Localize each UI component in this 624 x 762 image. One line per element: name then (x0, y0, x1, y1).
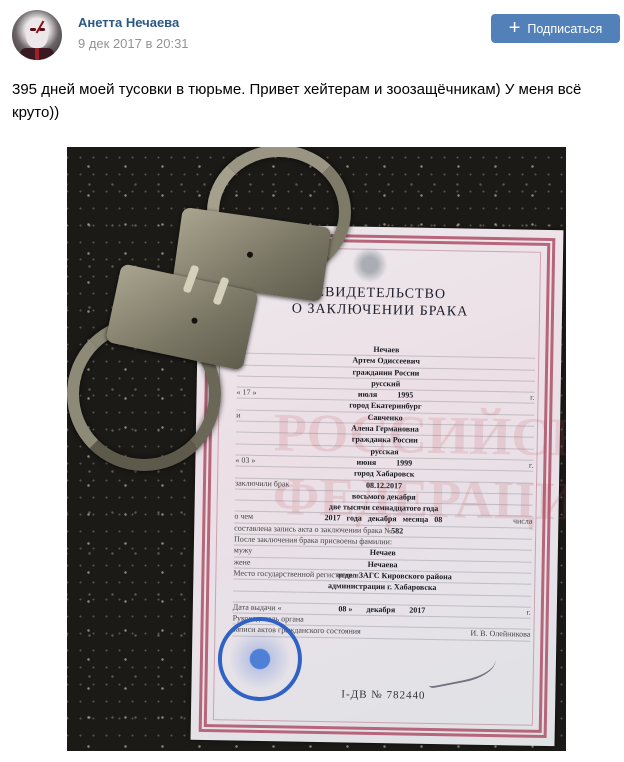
certificate-row-label: Дата выдачи « (233, 602, 282, 612)
post-text: 395 дней моей тусовки в тюрьме. Привет х… (12, 78, 612, 124)
certificate-row-label: « 03 » (235, 455, 255, 464)
certificate-row-label: « 17 » (237, 388, 257, 397)
certificate-row-value: июля 1995 (358, 390, 413, 400)
certificate-row-value: две тысячи семнадцатого года (329, 502, 438, 513)
certificate-row-value: город Екатеринбург (349, 401, 421, 411)
certificate-fields: НечаевАртем Одиссеевичгражданин Россииру… (232, 343, 535, 642)
certificate-row-label: Место государственной регистрации (233, 568, 359, 579)
certificate-row-suffix: г. (526, 607, 531, 616)
certificate-row-value: гражданка России (352, 435, 418, 445)
certificate-row-value: июня 1999 (356, 458, 412, 468)
certificate-row-value: 08 » декабря 2017 (338, 604, 425, 615)
certificate-row-value: Нечаев (370, 548, 396, 557)
certificate-row-value: Савченко (368, 413, 403, 423)
certificate-row-label: составлена запись акта о заключении брак… (234, 523, 392, 535)
post-photo[interactable]: РОССИЙСКАЯ ФЕДЕРАЦИЯ СВИДЕТЕЛЬСТВО О ЗАК… (67, 147, 566, 751)
plus-icon: + (509, 18, 521, 38)
certificate-row-suffix: И. В. Олейникова (470, 629, 530, 639)
subscribe-button[interactable]: + Подписаться (491, 14, 620, 43)
certificate-row-value: Артем Одиссеевич (352, 356, 420, 366)
keyhole-icon (247, 251, 254, 258)
coat-of-arms-icon (352, 247, 389, 284)
certificate-row-label: и (236, 410, 240, 419)
avatar-tie (35, 48, 39, 60)
certificate-row-value: восьмого декабря (352, 491, 416, 501)
certificate-row-value: русский (371, 379, 400, 389)
certificate-row-label: мужу (234, 546, 253, 555)
certificate-serial: I-ДВ № 782440 (341, 688, 425, 701)
subscribe-button-label: Подписаться (527, 22, 602, 36)
certificate-row-value: администрации г. Хабаровска (328, 581, 437, 592)
certificate-row-value: 08.12.2017 (366, 480, 402, 490)
certificate-row-value: город Хабаровск (354, 469, 414, 479)
certificate-row-label: После заключения брака присвоены фамилии… (234, 535, 392, 547)
certificate-row-value: Алена Германовна (351, 424, 419, 434)
certificate-row-label: заключили брак (235, 478, 290, 488)
author-name-link[interactable]: Анетта Нечаева (78, 15, 179, 30)
certificate-row-value: Нечаев (373, 345, 399, 354)
avatar-eye-left (30, 28, 36, 31)
certificate-row-suffix: г. (530, 393, 535, 402)
certificate-row-label: жене (234, 557, 251, 566)
certificate-row-value: гражданин России (353, 367, 420, 377)
avatar[interactable] (12, 10, 62, 60)
certificate-row-value: Нечаева (368, 559, 398, 569)
certificate-row-suffix: числа (513, 517, 533, 526)
certificate-row-label: о чем (234, 512, 253, 521)
post-date-link[interactable]: 9 дек 2017 в 20:31 (78, 36, 189, 51)
certificate-row-value: 2017 года декабря месяца 08 (324, 514, 442, 525)
certificate-row-value: русская (370, 447, 398, 456)
keyhole-icon (191, 317, 198, 324)
certificate-row-suffix: г. (529, 461, 534, 470)
